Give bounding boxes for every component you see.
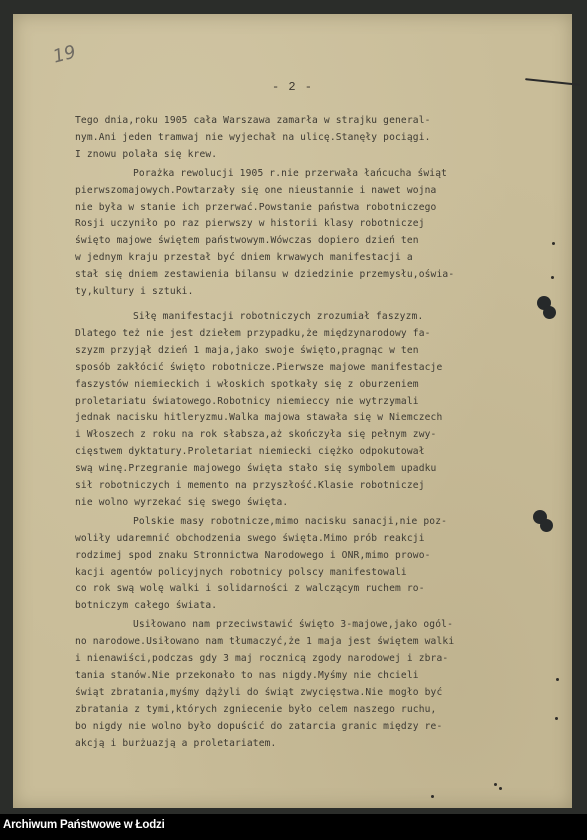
punch-hole [543,306,556,319]
paragraph: Polskie masy robotnicze,mimo nacisku san… [75,514,555,615]
text-line: stał się dniem zestawienia bilansu w dzi… [75,267,555,284]
ink-speck [552,242,555,245]
archive-image-viewer: 19 - 2 - Tego dnia,roku 1905 cała Warsza… [0,0,587,840]
text-line: i nienawiści,podczas gdy 3 maj rocznicą … [75,651,555,668]
text-line: w jednym kraju przestał być dniem krwawy… [75,250,555,267]
ink-speck [556,678,559,681]
text-line: no narodowe.Usiłowano nam tłumaczyć,że 1… [75,634,555,651]
text-line: I znowu polała się krew. [75,147,555,164]
punch-hole [540,519,553,532]
text-line: zbratania z tymi,których zgniecenie było… [75,702,555,719]
paragraph: Siłę manifestacji robotniczych zrozumiał… [75,309,555,512]
scan-frame: 19 - 2 - Tego dnia,roku 1905 cała Warsza… [0,0,587,814]
text-line: Rosji uczyniło po raz pierwszy w histori… [75,216,555,233]
archive-caption: Archiwum Państwowe w Łodzi [3,819,165,831]
text-line: Usiłowano nam przeciwstawić święto 3-maj… [75,617,555,634]
text-line: Dlatego też nie jest dziełem przypadku,ż… [75,326,555,343]
text-line: sposób zakłócić święto robotnicze.Pierws… [75,360,555,377]
text-line: cięstwem dyktatury.Proletariat niemiecki… [75,444,555,461]
text-line: co rok swą wolę walki i solidarności z w… [75,581,555,598]
text-line: botniczym całego świata. [75,598,555,615]
text-line: Polskie masy robotnicze,mimo nacisku san… [75,514,555,531]
ink-speck [555,717,558,720]
ink-speck [499,787,502,790]
text-line: pierwszomajowych.Powtarzały się one nieu… [75,183,555,200]
text-line: święto majowe świętem państwowym.Wówczas… [75,233,555,250]
ink-speck [494,783,497,786]
page-number: - 2 - [13,80,572,94]
text-line: tania stanów.Nie przekonało to nas nigdy… [75,668,555,685]
text-line: sił robotniczych i memento na przyszłość… [75,478,555,495]
text-line: akcją i burżuazją a proletariatem. [75,736,555,753]
ink-speck [431,795,434,798]
text-line: proletariatu światowego.Robotnicy niemie… [75,394,555,411]
text-line: nie wolno wyrzekać się swego święta. [75,495,555,512]
text-line: świąt zbratania,myśmy dążyli do świąt zw… [75,685,555,702]
text-line: Porażka rewolucji 1905 r.nie przerwała ł… [75,166,555,183]
text-line: nym.Ani jeden tramwaj nie wyjechał na ul… [75,130,555,147]
text-line: szyzm przyjął dzień 1 maja,jako swoje św… [75,343,555,360]
text-line: kacji agentów policyjnych robotnicy pols… [75,565,555,582]
pencil-annotation: 19 [51,41,79,67]
text-line: Tego dnia,roku 1905 cała Warszawa zamarł… [75,113,555,130]
text-line: faszystów niemieckich i włoskich spotkał… [75,377,555,394]
text-line: nie była w stanie ich przerwać.Powstanie… [75,200,555,217]
document-page: 19 - 2 - Tego dnia,roku 1905 cała Warsza… [13,14,572,808]
text-line: i Włoszech z roku na rok słabsza,aż skoń… [75,427,555,444]
paragraph: Tego dnia,roku 1905 cała Warszawa zamarł… [75,113,555,164]
text-line: rodzimej spod znaku Stronnictwa Narodowe… [75,548,555,565]
archive-footer: Archiwum Państwowe w Łodzi [0,814,587,840]
text-line: jednak nacisku hitleryzmu.Walka majowa s… [75,410,555,427]
text-line: swą winę.Przegranie majowego święta stał… [75,461,555,478]
text-line: bo nigdy nie wolno było dopuścić do zata… [75,719,555,736]
paragraph: Usiłowano nam przeciwstawić święto 3-maj… [75,617,555,752]
text-line: woliły udaremnić obchodzenia swego święt… [75,531,555,548]
text-line: ty,kultury i sztuki. [75,284,555,301]
text-line: Siłę manifestacji robotniczych zrozumiał… [75,309,555,326]
ink-speck [551,276,554,279]
paragraph: Porażka rewolucji 1905 r.nie przerwała ł… [75,166,555,301]
typed-body-text: Tego dnia,roku 1905 cała Warszawa zamarł… [75,113,555,753]
